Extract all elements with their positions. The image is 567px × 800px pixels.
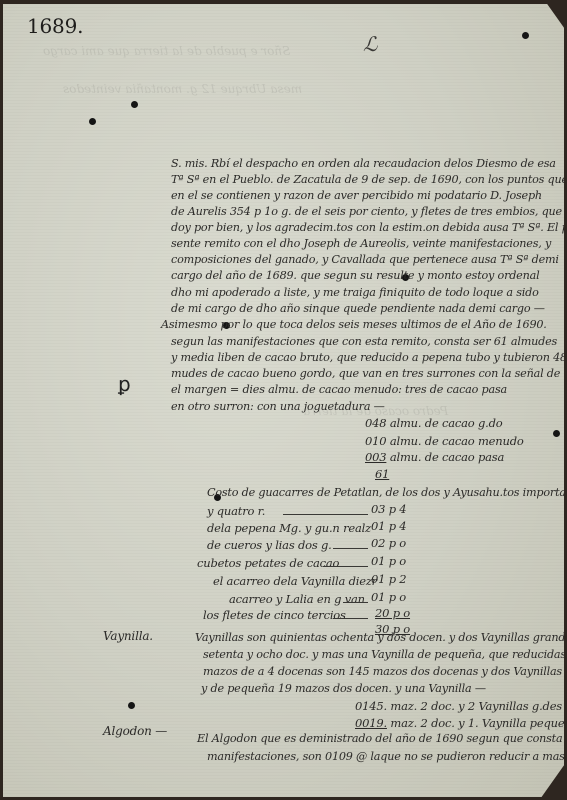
body-line: cargo del año de 1689. que segun su resu…	[171, 269, 539, 282]
cost-label: el acarreo dela Vaynilla diezr	[213, 574, 377, 588]
algodon-line: El Algodon que es deministrado del año d…	[197, 732, 567, 745]
cacao-tally-row: 010 almu. de cacao menudo	[365, 434, 524, 448]
cost-label: los fletes de cinco tercios	[203, 608, 346, 622]
body-line: de Aurelis 354 p 1o g. de el seis por ci…	[171, 205, 562, 218]
body-line: mudes de cacao bueno gordo, que van en t…	[171, 367, 560, 380]
cost-label: y quatro r.	[207, 504, 265, 518]
algodon-line: manifestaciones, son 0109 @ laque no se …	[207, 750, 565, 763]
tally-qty: 048	[365, 416, 386, 430]
leader-line	[343, 602, 368, 603]
bleed-through-text: Sñor e pueblo de la tierra que ami cargo	[43, 44, 290, 58]
body-line: composiciones del ganado, y Cavallada qu…	[171, 253, 559, 266]
hole-mark	[89, 118, 96, 125]
cost-label: dela pepena Mg. y gu.n realz	[207, 521, 371, 535]
body-line: el margen = dies almu. de cacao menudo: …	[171, 383, 507, 396]
body-line: S. mis. Rbí el despacho en orden ala rec…	[171, 157, 556, 170]
cost-amount: 01 p o	[371, 590, 406, 604]
cost-amount: 02 p o	[371, 536, 406, 550]
leader-line	[333, 618, 368, 619]
body-line: en el se contienen y razon de aver perci…	[171, 189, 542, 202]
body-line: de mi cargo de dho año sinque quede pend…	[171, 302, 545, 315]
vaynilla-line: y de pequeña 19 mazos dos docen. y una V…	[201, 682, 486, 695]
cost-amount: 01 p 4	[371, 519, 406, 533]
tally-qty: 010	[365, 434, 386, 448]
hole-mark	[128, 702, 135, 709]
vaynilla-tally-row: 0145. maz. 2 doc. y 2 Vaynillas g.des	[355, 699, 562, 713]
tally-qty: 0145.	[355, 699, 387, 713]
vaynilla-line: setenta y ocho doc. y mas una Vaynilla d…	[203, 648, 567, 661]
hole-mark	[522, 32, 529, 39]
cacao-total: 61	[375, 467, 389, 481]
tally-text: almu. de cacao g.do	[390, 416, 503, 430]
leader-line	[283, 514, 368, 515]
cost-amount: 20 p o	[375, 606, 410, 620]
body-line: Tª Sª en el Pueblo. de Zacatula de 9 de …	[171, 173, 567, 186]
tally-text: maz. 2 doc. y 2 Vaynillas g.des	[390, 699, 562, 713]
tally-qty: 003	[365, 450, 386, 464]
flourish-mark: ℒ	[363, 32, 377, 56]
vaynilla-line: Vaynillas son quinientas ochenta y dos d…	[195, 631, 567, 644]
body-line: en otro surron: con una joguetadura —	[171, 400, 385, 413]
body-line: Asimesmo por lo que toca delos seis mese…	[161, 318, 547, 331]
leader-line	[323, 566, 368, 567]
tally-qty: 0019.	[355, 716, 387, 730]
body-line: sente remito con el dho Joseph de Aureol…	[171, 237, 551, 250]
margin-symbol: ꝑ	[118, 372, 131, 396]
cost-amount: 01 p 2	[371, 572, 406, 586]
cost-label: cubetos petates de cacao	[197, 556, 339, 570]
body-line: segun las manifestaciones que con esta r…	[171, 335, 557, 348]
body-line: doy por bien, y los agradecim.tos con la…	[171, 221, 567, 234]
tally-text: almu. de cacao menudo	[390, 434, 524, 448]
leader-line	[333, 548, 368, 549]
cost-label: de cueros y lias dos g.	[207, 538, 332, 552]
vaynilla-tally-row: 0019. maz. 2 doc. y 1. Vaynilla pequeña	[355, 716, 567, 730]
cost-label: acarreo y Lalia en g van	[229, 592, 365, 606]
vaynilla-line: mazos de a 4 docenas son 145 mazos dos d…	[203, 665, 567, 678]
body-line: y media liben de cacao bruto, que reduci…	[171, 351, 567, 364]
body-line: dho mi apoderado a liste, y me traiga fi…	[171, 286, 539, 299]
year-heading: 1689.	[27, 14, 83, 38]
margin-label-vaynilla: Vaynilla.	[103, 629, 153, 643]
cost-amount: 03 p 4	[371, 502, 406, 516]
manuscript-page: Sñor e pueblo de la tierra que ami cargo…	[3, 4, 564, 797]
tally-text: almu. de cacao pasa	[390, 450, 504, 464]
cost-amount: 01 p o	[371, 554, 406, 568]
costs-intro: Costo de guacarres de Petatlan, de los d…	[207, 486, 567, 499]
margin-label-algodon: Algodon —	[103, 724, 167, 738]
tally-text: maz. 2 doc. y 1. Vaynilla pequeña	[390, 716, 567, 730]
cacao-tally-row: 048 almu. de cacao g.do	[365, 416, 502, 430]
bleed-through-text: mesa Ubrque 12 g. montañia veintedos	[63, 82, 302, 96]
hole-mark	[553, 430, 560, 437]
cacao-tally-row: 003 almu. de cacao pasa	[365, 450, 504, 464]
hole-mark	[131, 101, 138, 108]
